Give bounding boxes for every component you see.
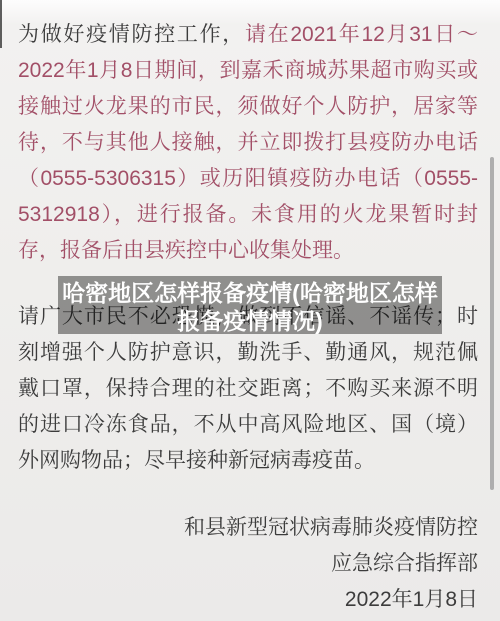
article-title-overlay: 哈密地区怎样报备疫情(哈密地区怎样 报备疫情情况) [58,276,442,334]
intro-text: 为做好疫情防控工作， [18,23,245,46]
signature-block: 和县新型冠状病毒肺炎疫情防控 应急综合指挥部 2022年1月8日 [18,510,478,618]
signature-org-line1: 和县新型冠状病毒肺炎疫情防控 [18,510,478,546]
scrollbar-thumb[interactable] [490,157,494,490]
paragraph-intro: 为做好疫情防控工作，请在2021年12月31日～2022年1月8日期间，到嘉禾商… [18,0,478,269]
article-title-line2: 报备疫情情况) [58,307,442,335]
notice-page: 为做好疫情防控工作，请在2021年12月31日～2022年1月8日期间，到嘉禾商… [0,0,500,621]
photo-edge-artifact [0,0,2,48]
article-title-line1: 哈密地区怎样报备疫情(哈密地区怎样 [58,279,442,307]
signature-date: 2022年1月8日 [18,582,478,618]
signature-org-line2: 应急综合指挥部 [18,546,478,582]
emphasis-red-text: 请在2021年12月31日～2022年1月8日期间，到嘉禾商城苏果超市购买或接触… [18,23,478,262]
